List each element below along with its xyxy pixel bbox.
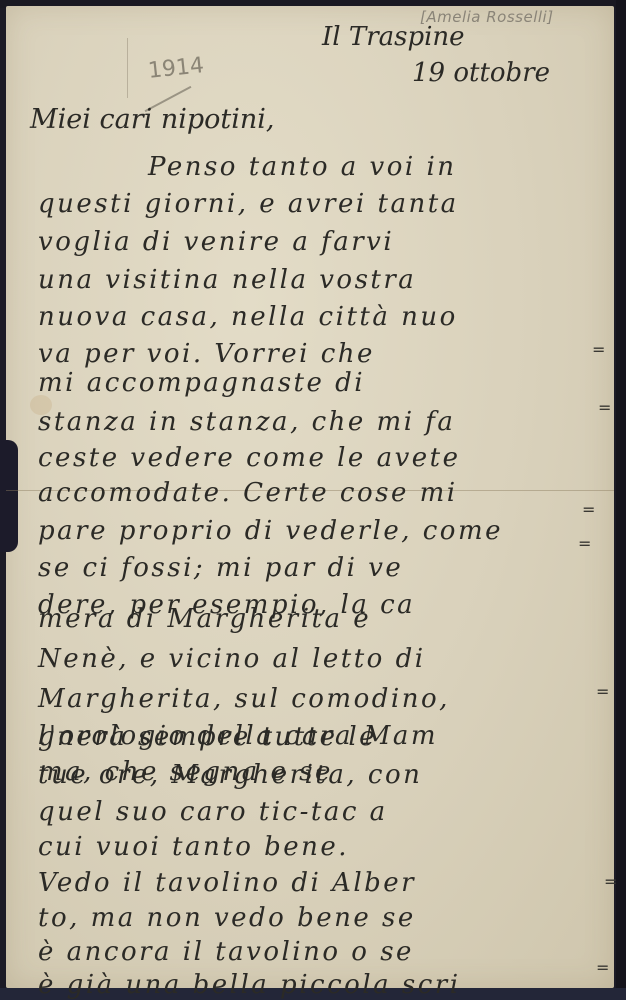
letter-line: se ci fossi; mi par di ve — [38, 553, 403, 583]
continuation-mark: = — [596, 682, 609, 701]
letter-line: stanza in stanza, che mi fa — [38, 407, 455, 437]
letter-line: tue ore, Margherita, con — [38, 760, 422, 790]
letter-line: va per voi. Vorrei che — [38, 339, 375, 369]
letter-line: è ancora il tavolino o se — [38, 937, 414, 967]
continuation-mark: = — [578, 534, 591, 553]
letter-line: to, ma non vedo bene se — [38, 903, 416, 933]
letter-line: una visitina nella vostra — [38, 265, 416, 295]
letter-line: Penso tanto a voi in — [148, 152, 457, 182]
letter-line: ceste vedere come le avete — [38, 443, 460, 473]
letter-line: cui vuoi tanto bene. — [38, 832, 349, 862]
continuation-mark: = — [604, 872, 617, 891]
continuation-mark: = — [598, 398, 611, 417]
letter-date: 19 ottobre — [412, 58, 550, 88]
letter-line: pare proprio di vederle, come — [38, 516, 503, 546]
letter-line: nuova casa, nella città nuo — [38, 302, 458, 332]
letter-line: gnerà sempre tutte le — [38, 722, 377, 752]
pencil-margin-mark — [127, 38, 128, 98]
letter-line: mera di Margherita e — [38, 604, 371, 634]
scan-frame-right — [616, 0, 626, 1000]
letter-place: Il Traspine — [322, 22, 465, 52]
letter-line: quel suo caro tic-tac a — [38, 797, 388, 827]
continuation-mark: = — [592, 340, 605, 359]
letter-line: mi accompagnaste di — [38, 368, 365, 398]
letter-line: Nenè, e vicino al letto di — [38, 644, 426, 674]
continuation-mark: = — [582, 500, 595, 519]
letter-line: accomodate. Certe cose mi — [38, 478, 458, 508]
paper-tear — [0, 440, 18, 552]
continuation-mark: = — [596, 958, 609, 977]
letter-line: voglia di venire a farvi — [38, 227, 394, 257]
letter-line: è già una bella piccola scri — [38, 970, 461, 1000]
letter-line: Margherita, sul comodino, — [38, 684, 450, 714]
letter-line: questi giorni, e avrei tanta — [38, 189, 459, 219]
letter-line: Vedo il tavolino di Alber — [38, 868, 416, 898]
letter-salutation: Miei cari nipotini, — [30, 104, 274, 135]
